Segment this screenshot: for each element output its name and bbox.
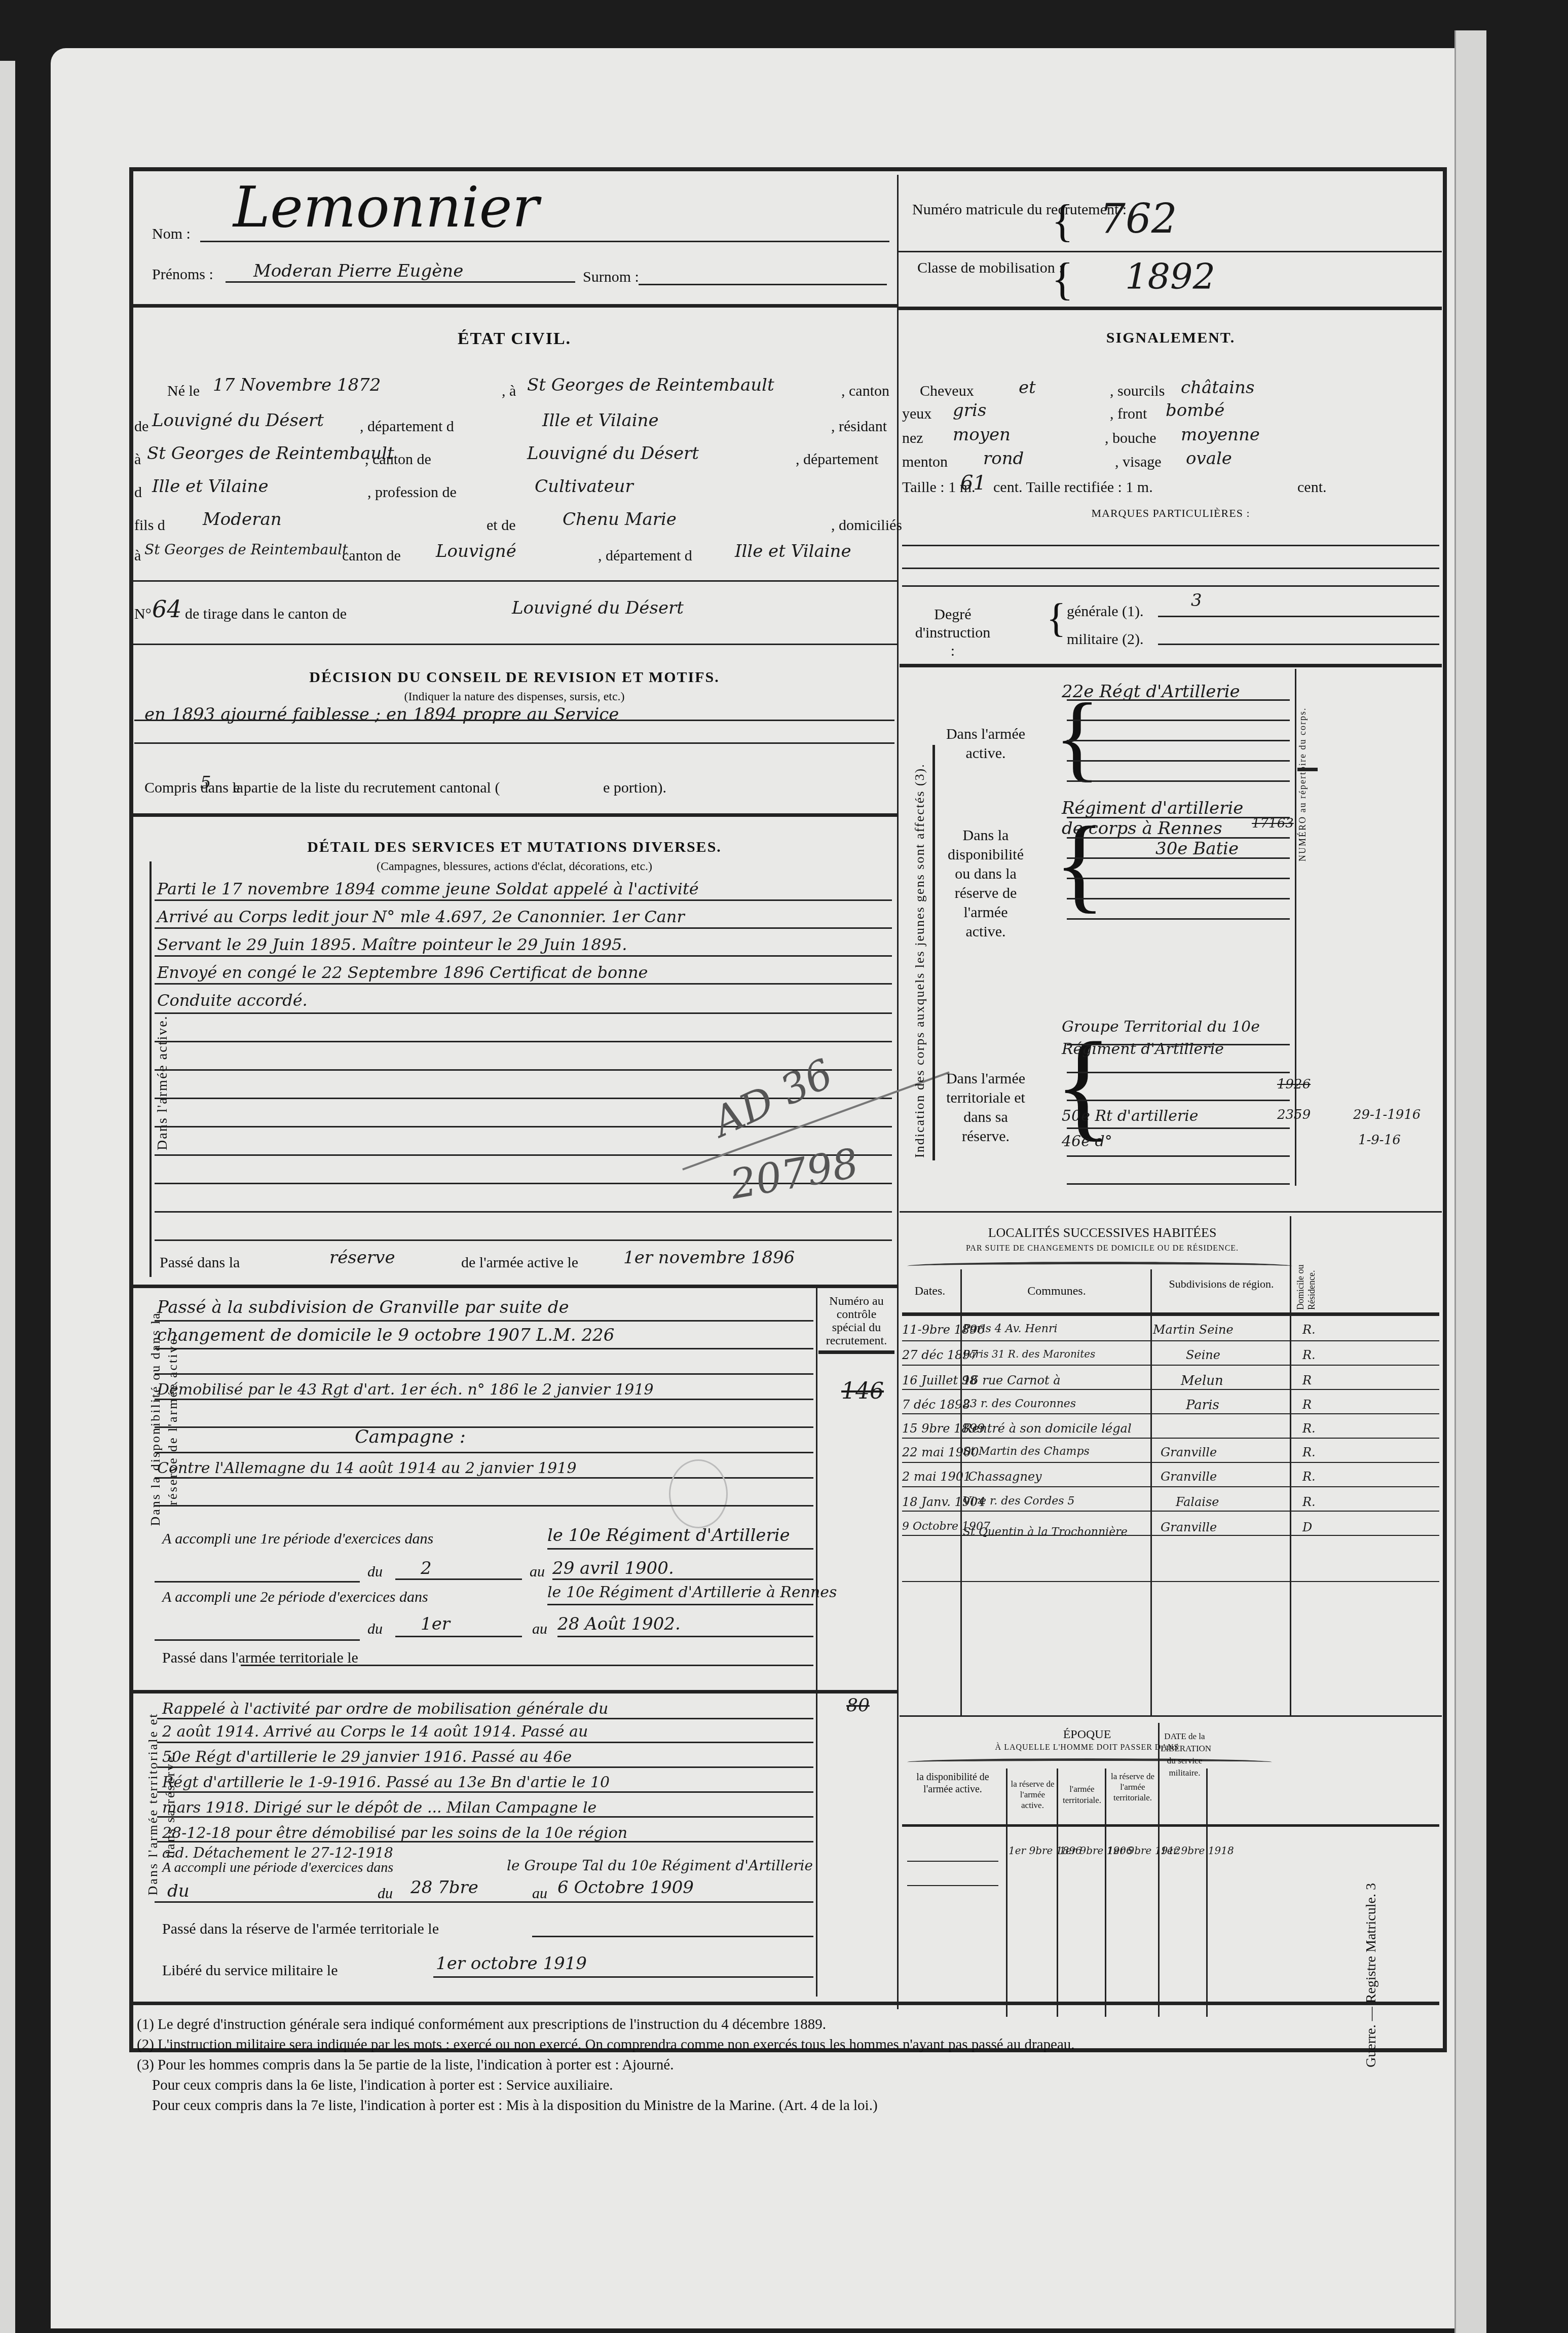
du-label: du	[167, 1881, 190, 1901]
ruled-line	[907, 1861, 998, 1862]
footnote: (3) Pour les hommes compris dans la 5e p…	[137, 2055, 674, 2075]
footnotes-divider	[132, 2002, 1439, 2005]
prenoms-value: Moderan Pierre Eugène	[253, 261, 463, 281]
classe-line	[897, 307, 1442, 310]
table-column-divider	[1006, 1768, 1007, 2017]
taille-rectifiee-label: cent. Taille rectifiée : 1 m.	[993, 479, 1153, 496]
territoriale-line: Régt d'artillerie le 1-9-1916. Passé au …	[162, 1774, 610, 1791]
territoriale-periode-du: 28 7bre	[410, 1877, 478, 1898]
ruled-line	[902, 1581, 1439, 1582]
periode2-du: 1er	[421, 1614, 450, 1634]
localite-commune: Paris 31 R. des Maronites	[963, 1348, 1095, 1360]
stamp-circle	[669, 1459, 728, 1528]
numero-column-divider	[816, 1692, 817, 1997]
localite-dr: R.	[1302, 1495, 1316, 1509]
decision-line-2	[134, 742, 894, 744]
services-subtitle: (Campagnes, blessures, actions d'éclat, …	[132, 860, 897, 874]
brace-decoration	[907, 1758, 1272, 1766]
birth-place-value: St Georges de Reintembault	[527, 375, 774, 395]
ruled-line	[1067, 1155, 1290, 1157]
table-column-divider	[1105, 1768, 1106, 2017]
ruled-line	[157, 1791, 813, 1793]
ruled-line	[902, 1438, 1439, 1439]
etat-civil-divider	[132, 580, 897, 582]
matricule-label: Numéro matricule du recrutement :	[912, 200, 1003, 219]
periode1-unit: le 10e Régiment d'Artillerie	[547, 1525, 790, 1546]
periode2-label: A accompli une 2e période d'exercices da…	[162, 1589, 428, 1606]
ruled-line	[155, 1126, 892, 1127]
reserve-line: Démobilisé par le 43 Rgt d'art. 1er éch.…	[157, 1381, 654, 1399]
decision-subtitle: (Indiquer la nature des dispenses, sursi…	[132, 690, 897, 704]
localite-commune: Chassagney	[968, 1470, 1042, 1484]
father-name-value: Moderan	[203, 509, 282, 530]
territoriale-line: a.d. Détachement le 27-12-1918	[162, 1845, 393, 1861]
departement-label: , département d	[360, 418, 454, 435]
instruction-generale-value: 3	[1191, 590, 1202, 611]
tirage-no-label: N°	[134, 606, 152, 623]
ruled-line	[907, 1885, 998, 1886]
localite-dr: R.	[1302, 1445, 1316, 1459]
sourcils-value: châtains	[1181, 378, 1254, 398]
reserve-territoriale-label: Passé dans la réserve de l'armée territo…	[162, 1921, 439, 1938]
ruled-line	[1067, 857, 1290, 859]
et-de-label: et de	[487, 517, 515, 534]
numero-header: Numéro au contrôle spécial du recrutemen…	[821, 1295, 892, 1347]
column-header-dates: Dates.	[900, 1285, 960, 1298]
localites-subtitle: PAR SUITE DE CHANGEMENTS DE DOMICILE OU …	[900, 1244, 1305, 1253]
footnote: (2) L'instruction militaire sera indiqué…	[137, 2035, 1075, 2055]
residence-a-label: à	[134, 451, 141, 468]
ruled-line	[902, 585, 1439, 587]
ruled-line	[155, 1581, 360, 1583]
table-column-divider	[1150, 1269, 1152, 1715]
services-divider	[132, 1285, 897, 1288]
column-header-domicile: Domicile ou Résidence.	[1295, 1224, 1317, 1310]
tirage-divider	[132, 644, 897, 645]
residence-departement-value: Ille et Vilaine	[152, 476, 269, 497]
table-column-divider	[1158, 1723, 1160, 2017]
ruled-line	[433, 1976, 813, 1978]
header-divider	[132, 304, 897, 308]
compris-suffix: e partie de la liste du recrutement cant…	[233, 779, 500, 797]
territoriale-periode-au: 6 Octobre 1909	[557, 1877, 694, 1898]
affectation-territoriale-date: 1-9-16	[1358, 1133, 1401, 1148]
classe-value: 1892	[1125, 256, 1215, 297]
sourcils-label: , sourcils	[1110, 383, 1165, 400]
territoriale-line: mars 1918. Dirigé sur le dépôt de ... Mi…	[162, 1799, 596, 1817]
instruction-generale-label: générale (1).	[1067, 603, 1144, 620]
ruled-line	[1067, 760, 1290, 762]
ruled-line	[395, 1636, 522, 1637]
au-label: au	[530, 1563, 545, 1581]
ruled-line	[395, 1578, 522, 1580]
ruled-line	[155, 1348, 813, 1349]
periode1-label: A accompli une 1re période d'exercices d…	[162, 1530, 433, 1548]
localite-commune: Vire r. des Cordes 5	[963, 1495, 1075, 1508]
tirage-label: de tirage dans le canton de	[185, 606, 347, 623]
localite-dr: R.	[1302, 1348, 1316, 1362]
affectation-disponibilite-value: 30e Batie	[1155, 839, 1239, 859]
bouche-value: moyenne	[1181, 425, 1260, 445]
front-value: bombé	[1166, 400, 1224, 421]
liberation-header: DATE de la LIBÉRATION du service militai…	[1161, 1730, 1209, 1779]
affectation-territoriale-unit: 50e Rt d'artillerie	[1062, 1107, 1199, 1125]
ruled-line	[1067, 918, 1290, 920]
services-title: DÉTAIL DES SERVICES ET MUTATIONS DIVERSE…	[132, 839, 897, 856]
localite-subdivision: Granville	[1161, 1445, 1217, 1459]
domicile-departement-value: Ille et Vilaine	[735, 541, 851, 561]
ruled-line	[1067, 699, 1290, 701]
visage-label: , visage	[1115, 454, 1162, 471]
services-side-label: Dans l'armée active.	[155, 1015, 171, 1150]
a-label: , à	[502, 383, 516, 400]
instruction-label: Degré d'instruction :	[912, 606, 993, 660]
territoriale-line: 28-12-18 pour être démobilisé par les so…	[162, 1824, 627, 1842]
previous-page-edge	[0, 61, 15, 2333]
du-label: du	[378, 1885, 393, 1902]
decision-divider	[132, 813, 897, 817]
numero-column-divider	[816, 1287, 817, 1692]
localite-subdivision: Martin Seine	[1153, 1323, 1234, 1337]
nom-label: Nom :	[152, 225, 191, 243]
domicile-canton-label: canton de	[342, 547, 401, 565]
liberation-value: 1er 9bre 1918	[1161, 1845, 1234, 1857]
mother-name-value: Chenu Marie	[563, 509, 677, 530]
ruled-line	[155, 1505, 813, 1507]
prenoms-label: Prénoms :	[152, 266, 213, 283]
localite-subdivision: Falaise	[1176, 1495, 1219, 1509]
ruled-line	[155, 1041, 892, 1042]
brace-decoration	[907, 1262, 1292, 1270]
epoque-col-territoriale: l'armée territoriale.	[1059, 1784, 1105, 1806]
ruled-line	[532, 1936, 813, 1937]
cheveux-value: et	[1019, 378, 1036, 398]
decision-line	[134, 720, 894, 721]
affectations-disponibilite-label: Dans la disponibilité ou dans la réserve…	[943, 826, 1029, 942]
cheveux-label: Cheveux	[920, 383, 974, 400]
table-column-divider	[1057, 1768, 1058, 2017]
ruled-line	[1067, 1100, 1290, 1101]
birth-date-value: 17 Novembre 1872	[213, 375, 381, 395]
affectation-territoriale-numero: 2359	[1277, 1107, 1311, 1122]
menton-value: rond	[983, 448, 1024, 469]
localite-commune: Rentré à son domicile légal	[963, 1421, 1132, 1436]
affectation-territoriale-date: 29-1-1916	[1353, 1107, 1421, 1122]
domicile-value: St Georges de Reintembault	[144, 541, 348, 558]
localites-divider	[900, 1715, 1442, 1717]
affectations-bracket	[932, 745, 935, 1160]
localite-dr: R	[1302, 1398, 1312, 1412]
birth-departement-value: Ille et Vilaine	[542, 410, 659, 431]
affectations-territoriale-label: Dans l'armée territoriale et dans sa rés…	[943, 1069, 1029, 1146]
table-header-line	[902, 1824, 1439, 1827]
instruction-militaire-label: militaire (2).	[1067, 631, 1144, 648]
localite-subdivision: Paris	[1186, 1398, 1219, 1413]
ruled-line	[155, 955, 892, 957]
ruled-line	[157, 1718, 813, 1719]
ruled-line	[1067, 878, 1290, 879]
territoriale-line: Rappelé à l'activité par ordre de mobili…	[162, 1700, 608, 1718]
au-label: au	[532, 1885, 547, 1902]
ruled-line	[547, 1604, 813, 1605]
ruled-line	[902, 568, 1439, 569]
compris-value: 5	[200, 773, 211, 793]
affectation-disponibilite-value: de corps à Rennes	[1062, 818, 1222, 839]
register-caption: Guerre. — Registre Matricule. 3	[1363, 1883, 1379, 2067]
visage-value: ovale	[1186, 448, 1232, 469]
profession-label: , profession de	[367, 484, 457, 501]
numero-value: 146	[841, 1378, 884, 1404]
ruled-line	[902, 1462, 1439, 1463]
localite-dr: R.	[1302, 1323, 1316, 1337]
affectations-active-label: Dans l'armée active.	[943, 725, 1029, 763]
brace-icon: {	[1054, 689, 1100, 785]
epoque-title: ÉPOQUE	[900, 1728, 1275, 1742]
ruled-line	[155, 1426, 813, 1428]
epoque-col-disponibilite: la disponibilité de l'armée active.	[902, 1771, 1003, 1795]
territoriale-line: 2 août 1914. Arrivé au Corps le 14 août …	[162, 1723, 588, 1741]
ruled-line	[1067, 1044, 1290, 1045]
compris-label: Compris dans la	[144, 779, 243, 797]
residence-departement-label: , département	[796, 451, 878, 468]
ruled-line	[155, 983, 892, 985]
nom-value: Lemonnier	[233, 175, 539, 240]
yeux-label: yeux	[902, 405, 931, 423]
decision-title: DÉCISION DU CONSEIL DE REVISION ET MOTIF…	[132, 669, 897, 686]
residence-departement-d-label: d	[134, 484, 142, 501]
ruled-line	[1067, 740, 1290, 741]
affectations-divider	[900, 1211, 1442, 1213]
localite-date: 2 mai 1901	[902, 1470, 971, 1484]
portion-suffix: e portion).	[603, 779, 666, 797]
residence-value: St Georges de Reintembault	[147, 443, 394, 464]
numero-header-line	[818, 1350, 894, 1354]
ruled-line	[902, 545, 1439, 546]
profession-value: Cultivateur	[535, 476, 633, 497]
ruled-line	[1067, 1127, 1290, 1129]
au-label: au	[532, 1621, 547, 1638]
ruled-line	[902, 1340, 1439, 1341]
matricule-value: 762	[1100, 195, 1177, 242]
localite-commune: 23 r. des Couronnes	[963, 1398, 1076, 1410]
ruled-line	[157, 1766, 813, 1768]
ruled-line	[1067, 780, 1290, 782]
ruled-line	[155, 899, 892, 901]
services-bracket	[150, 861, 152, 1277]
territoriale-numero: 80	[846, 1695, 870, 1716]
localite-date: 7 déc 1898	[902, 1398, 970, 1412]
ne-le-label: Né le	[167, 383, 200, 400]
localite-subdivision: Melun	[1181, 1373, 1223, 1388]
ruled-line	[157, 1841, 813, 1842]
nom-line	[200, 241, 889, 242]
signalement-title: SIGNALEMENT.	[900, 329, 1442, 347]
campagne-value: Contre l'Allemagne du 14 août 1914 au 2 …	[157, 1459, 577, 1477]
residant-label: , résidant	[831, 418, 887, 435]
epoque-col-reserve-active: la réserve de l'armée active.	[1009, 1779, 1057, 1811]
passe-suffix: de l'armée active le	[461, 1254, 578, 1271]
column-header-subdivisions: Subdivisions de région.	[1153, 1277, 1290, 1291]
reserve-line: Passé à la subdivision de Granville par …	[157, 1297, 569, 1318]
localite-dr: D	[1302, 1520, 1312, 1534]
periode2-unit: le 10e Régiment d'Artillerie à Rennes	[547, 1584, 837, 1601]
surnom-label: Surnom :	[583, 269, 639, 286]
localite-commune: 16 rue Carnot à	[963, 1373, 1061, 1387]
passe-territoriale-label: Passé dans l'armée territoriale le	[162, 1649, 358, 1667]
footnote: Pour ceux compris dans la 7e liste, l'in…	[152, 2095, 878, 2116]
service-line: Envoyé en congé le 22 Septembre 1896 Cer…	[157, 963, 648, 982]
ruled-line	[155, 1399, 813, 1400]
localite-commune: St Martin des Champs	[963, 1445, 1090, 1458]
cent-label: cent.	[1297, 479, 1326, 496]
ruled-line	[1067, 817, 1290, 818]
menton-label: menton	[902, 454, 948, 471]
ruled-line	[155, 1239, 892, 1241]
libere-label: Libéré du service militaire le	[162, 1962, 338, 1979]
table-header-line	[902, 1312, 1439, 1316]
ruled-line	[902, 1365, 1439, 1366]
passe-label: Passé dans la	[160, 1254, 240, 1271]
ruled-line	[902, 1389, 1439, 1390]
ruled-line	[155, 1639, 360, 1641]
affectation-territoriale-unit: 46e d°	[1062, 1133, 1112, 1150]
affectations-numero-header: NUMÉRO au répertoire du corps.	[1297, 707, 1308, 861]
instruction-divider	[900, 664, 1442, 667]
birth-canton-value: Louvigné du Désert	[152, 410, 324, 431]
affectation-disponibilite-value: Régiment d'artillerie	[1062, 798, 1243, 818]
footnote: Pour ceux compris dans la 6e liste, l'in…	[152, 2075, 613, 2095]
taille-value: 61	[960, 471, 986, 495]
localite-commune: Paris 4 Av. Henri	[963, 1323, 1057, 1335]
localite-subdivision: Seine	[1186, 1348, 1220, 1362]
periode1-du: 2	[421, 1558, 432, 1578]
matricule-line	[897, 251, 1442, 252]
ruled-line	[547, 1548, 813, 1550]
fils-label: fils d	[134, 517, 165, 534]
ruled-line	[557, 1636, 813, 1637]
ruled-line	[155, 1452, 813, 1453]
territoriale-periode-label: A accompli une période d'exercices dans	[162, 1860, 393, 1876]
ruled-line	[902, 1511, 1439, 1512]
ruled-line	[155, 1373, 813, 1375]
epoque-col-reserve-territoriale: la réserve de l'armée territoriale.	[1107, 1771, 1158, 1803]
ruled-line	[1158, 644, 1439, 645]
decision-value: en 1893 ajourné faiblesse ; en 1894 prop…	[144, 704, 619, 725]
marques-label: MARQUES PARTICULIÈRES :	[900, 507, 1442, 520]
localite-dr: R.	[1302, 1421, 1316, 1436]
surnom-line	[639, 284, 887, 285]
etat-civil-title: ÉTAT CIVIL.	[132, 329, 897, 349]
reserve-active-divider	[132, 1690, 897, 1694]
du-label: du	[367, 1563, 383, 1581]
periode2-au: 28 Août 1902.	[557, 1614, 681, 1634]
canton-de-label: de	[134, 418, 148, 435]
campagne-title: Campagne :	[355, 1426, 466, 1447]
territoriale-periode-unit: le Groupe Tal du 10e Régiment d'Artiller…	[507, 1857, 813, 1874]
domicile-departement-label: , département d	[598, 547, 692, 565]
ruled-line	[902, 1486, 1439, 1487]
service-line: Conduite accordé.	[157, 991, 308, 1010]
brace-icon: {	[1052, 253, 1073, 306]
ruled-line	[155, 1012, 892, 1014]
ruled-line	[1067, 1183, 1290, 1185]
affectations-side-label: Indication des corps auxquels les jeunes…	[912, 763, 927, 1158]
next-page-edge	[1454, 30, 1486, 2333]
tirage-no-value: 64	[152, 595, 182, 623]
domicilies-label: , domiciliés	[831, 517, 902, 534]
ruled-line	[241, 1665, 813, 1666]
localites-title: LOCALITÉS SUCCESSIVES HABITÉES	[900, 1225, 1305, 1240]
localite-dr: R.	[1302, 1470, 1316, 1484]
nez-value: moyen	[953, 425, 1011, 445]
ruled-line	[155, 1320, 813, 1322]
localite-commune: St Quentin à la Trochonnière	[963, 1520, 1145, 1545]
tirage-canton-value: Louvigné du Désert	[512, 598, 684, 618]
service-line: Servant le 29 Juin 1895. Maître pointeur…	[157, 935, 627, 954]
bouche-label: , bouche	[1105, 430, 1156, 447]
localite-subdivision: Granville	[1161, 1470, 1217, 1484]
prenoms-line	[226, 281, 575, 283]
ruled-line	[157, 1742, 813, 1743]
classe-label: Classe de mobilisation :	[917, 258, 998, 278]
service-line: Arrivé au Corps ledit jour N° mle 4.697,…	[157, 907, 685, 926]
ruled-line	[552, 1578, 813, 1580]
affectation-territoriale-unit: Groupe Territorial du 10e Régiment d'Art…	[1062, 1016, 1300, 1061]
ruled-line	[155, 1901, 813, 1903]
passe-value: réserve	[329, 1248, 395, 1268]
ruled-line	[1158, 616, 1439, 617]
table-column-divider	[1290, 1216, 1291, 1715]
domicile-canton-value: Louvigné	[436, 541, 516, 561]
brace-icon: {	[1047, 595, 1066, 642]
nez-label: nez	[902, 430, 923, 447]
localite-subdivision: Granville	[1161, 1520, 1217, 1534]
ruled-line	[1067, 837, 1290, 839]
ruled-line	[1067, 898, 1290, 899]
footnote: (1) Le degré d'instruction générale sera…	[137, 2014, 826, 2035]
column-header-communes: Communes.	[963, 1285, 1150, 1298]
reserve-line: changement de domicile le 9 octobre 1907…	[157, 1325, 614, 1345]
affectation-territoriale-numero: 1926	[1277, 1077, 1311, 1092]
residence-canton-value: Louvigné du Désert	[527, 443, 699, 464]
brace-icon: {	[1052, 195, 1073, 247]
ruled-line	[1067, 1072, 1290, 1073]
ruled-line	[902, 1413, 1439, 1414]
periode1-au: 29 avril 1900.	[552, 1558, 674, 1578]
epoque-subtitle: À LAQUELLE L'HOMME DOIT PASSER DANS	[900, 1743, 1275, 1752]
canton-label: , canton	[841, 383, 889, 400]
localite-dr: R	[1302, 1373, 1312, 1387]
front-label: , front	[1110, 405, 1147, 423]
du-label: du	[367, 1621, 383, 1638]
residence-canton-label: , canton de	[365, 451, 431, 468]
territoriale-line: 50e Régt d'artillerie le 29 janvier 1916…	[162, 1748, 572, 1766]
ruled-line	[155, 927, 892, 929]
service-line: Parti le 17 novembre 1894 comme jeune So…	[157, 879, 699, 898]
ruled-line	[155, 1211, 892, 1213]
ruled-line	[1067, 720, 1290, 721]
ruled-line	[902, 1535, 1439, 1536]
yeux-value: gris	[953, 400, 986, 421]
passe-date: 1er novembre 1896	[623, 1248, 795, 1268]
domicile-a-label: à	[134, 547, 141, 565]
ruled-line	[157, 1816, 813, 1818]
libere-value: 1er octobre 1919	[436, 1953, 587, 1974]
affectation-active-value: 22e Régt d'Artillerie	[1062, 682, 1240, 702]
numero-header-line	[1297, 768, 1318, 771]
table-column-divider	[1206, 1768, 1208, 2017]
